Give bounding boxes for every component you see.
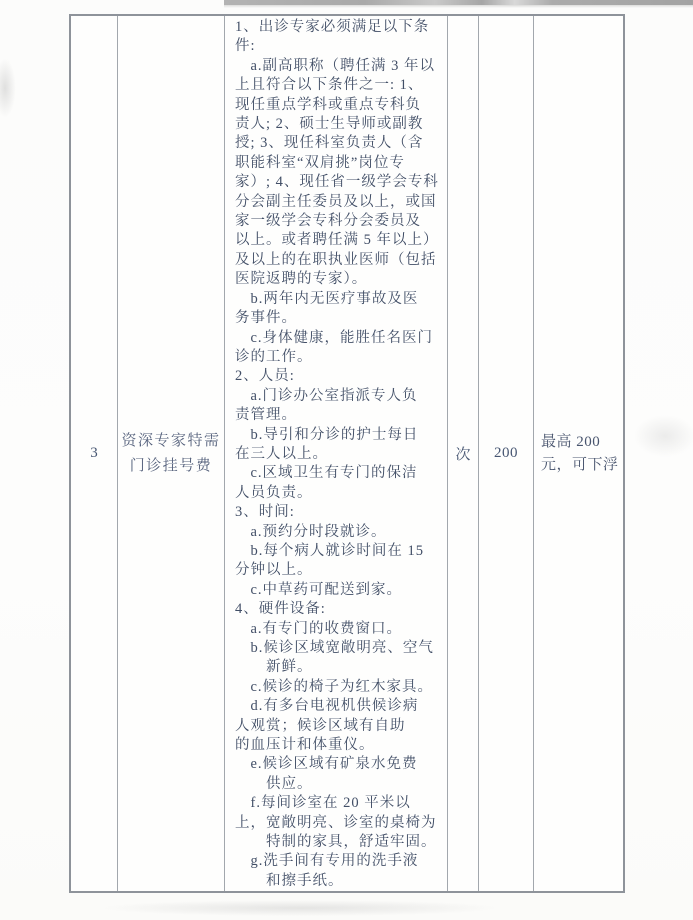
scan-smudge-left [0,58,16,118]
price-value: 200 [494,445,518,462]
price-note-cell: 最高 200 元，可下浮 [533,16,623,891]
price-note-text: 最高 200 元，可下浮 [534,431,619,477]
unit-cell: 次 [447,16,478,891]
scanned-document-page: 3 资深专家特需 门诊挂号费 1、出诊专家必须满足以下条 件: a.副高职称（聘… [0,0,693,920]
scan-smudge-right [634,415,693,457]
item-name-cell: 资深专家特需 门诊挂号费 [117,16,224,891]
row-number-cell: 3 [71,16,117,891]
conditions-text: 1、出诊专家必须满足以下条 件: a.副高职称（聘任满 3 年以 上且符合以下条… [225,16,447,891]
unit-label: 次 [455,443,470,464]
row-number: 3 [90,445,98,462]
scan-edge-artifact-top-soft [224,5,693,8]
scan-smudge-bottom [105,900,495,916]
fee-table: 3 资深专家特需 门诊挂号费 1、出诊专家必须满足以下条 件: a.副高职称（聘… [69,14,625,893]
item-name: 资深专家特需 门诊挂号费 [121,429,220,479]
price-cell: 200 [478,16,533,891]
conditions-cell: 1、出诊专家必须满足以下条 件: a.副高职称（聘任满 3 年以 上且符合以下条… [224,16,447,891]
